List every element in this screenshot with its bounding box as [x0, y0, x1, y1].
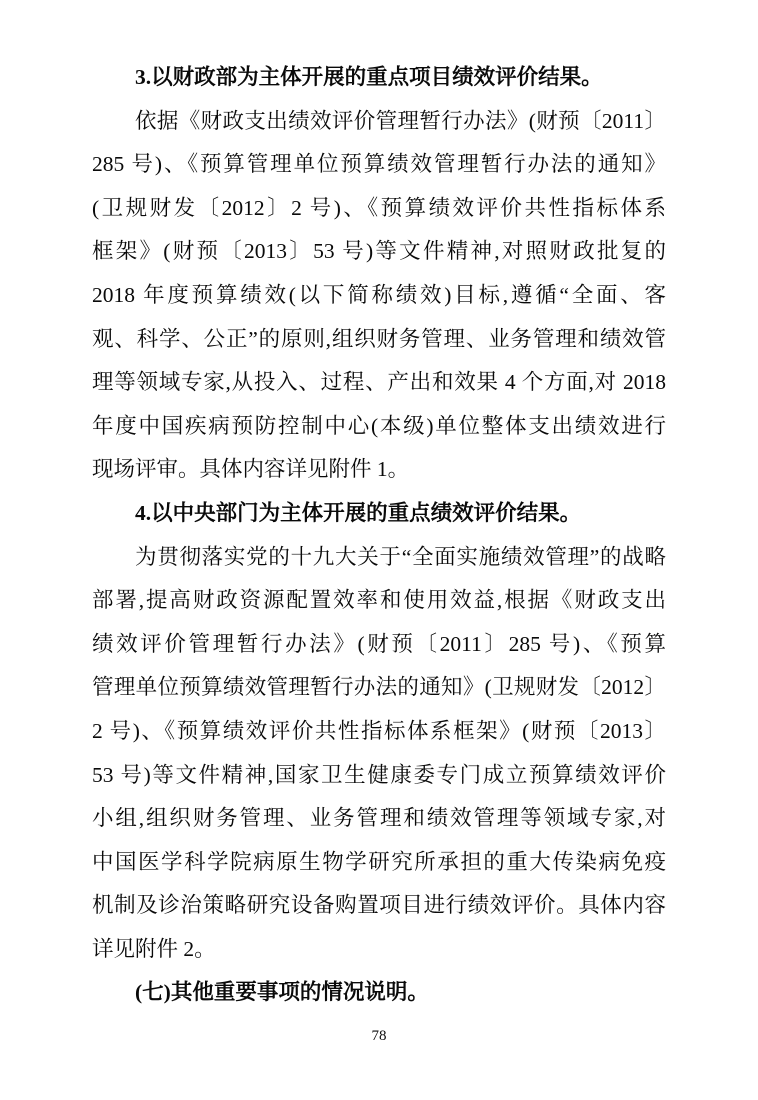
paragraph-1-line-7: 理等领域专家,从投入、过程、产出和效果 4 个方面,对 2018 [92, 361, 666, 405]
paragraph-1-line-9: 现场评审。具体内容详见附件 1。 [92, 448, 666, 492]
paragraph-1-line-8: 年度中国疾病预防控制中心(本级)单位整体支出绩效进行 [92, 405, 666, 449]
paragraph-2-line-8: 中国医学科学院病原生物学研究所承担的重大传染病免疫 [92, 841, 666, 885]
document-body: 3.以财政部为主体开展的重点项目绩效评价结果。 依据《财政支出绩效评价管理暂行办… [92, 56, 666, 1015]
paragraph-2-line-6: 53 号)等文件精神,国家卫生健康委专门成立预算绩效评价 [92, 754, 666, 798]
paragraph-2-line-1: 为贯彻落实党的十九大关于“全面实施绩效管理”的战略 [92, 536, 666, 580]
heading-section-4: 4.以中央部门为主体开展的重点绩效评价结果。 [92, 492, 666, 536]
heading-section-3: 3.以财政部为主体开展的重点项目绩效评价结果。 [92, 56, 666, 100]
paragraph-1-line-6: 观、科学、公正”的原则,组织财务管理、业务管理和绩效管 [92, 318, 666, 362]
paragraph-1-line-2: 285 号)、《预算管理单位预算绩效管理暂行办法的通知》 [92, 143, 666, 187]
paragraph-2-line-10: 详见附件 2。 [92, 928, 666, 972]
paragraph-1-line-3: (卫规财发〔2012〕2 号)、《预算绩效评价共性指标体系 [92, 187, 666, 231]
paragraph-2-line-5: 2 号)、《预算绩效评价共性指标体系框架》(财预〔2013〕 [92, 710, 666, 754]
paragraph-2-line-4: 管理单位预算绩效管理暂行办法的通知》(卫规财发〔2012〕 [92, 666, 666, 710]
heading-section-7: (七)其他重要事项的情况说明。 [92, 971, 666, 1015]
paragraph-2-line-7: 小组,组织财务管理、业务管理和绩效管理等领域专家,对 [92, 797, 666, 841]
page-number: 78 [0, 1026, 758, 1046]
document-page: 3.以财政部为主体开展的重点项目绩效评价结果。 依据《财政支出绩效评价管理暂行办… [0, 0, 758, 1100]
paragraph-1-line-4: 框架》(财预〔2013〕53 号)等文件精神,对照财政批复的 [92, 230, 666, 274]
paragraph-1-line-1: 依据《财政支出绩效评价管理暂行办法》(财预〔2011〕 [92, 100, 666, 144]
paragraph-2-line-2: 部署,提高财政资源配置效率和使用效益,根据《财政支出 [92, 579, 666, 623]
paragraph-2-line-9: 机制及诊治策略研究设备购置项目进行绩效评价。具体内容 [92, 884, 666, 928]
paragraph-1-line-5: 2018 年度预算绩效(以下简称绩效)目标,遵循“全面、客 [92, 274, 666, 318]
paragraph-2-line-3: 绩效评价管理暂行办法》(财预〔2011〕285 号)、《预算 [92, 623, 666, 667]
